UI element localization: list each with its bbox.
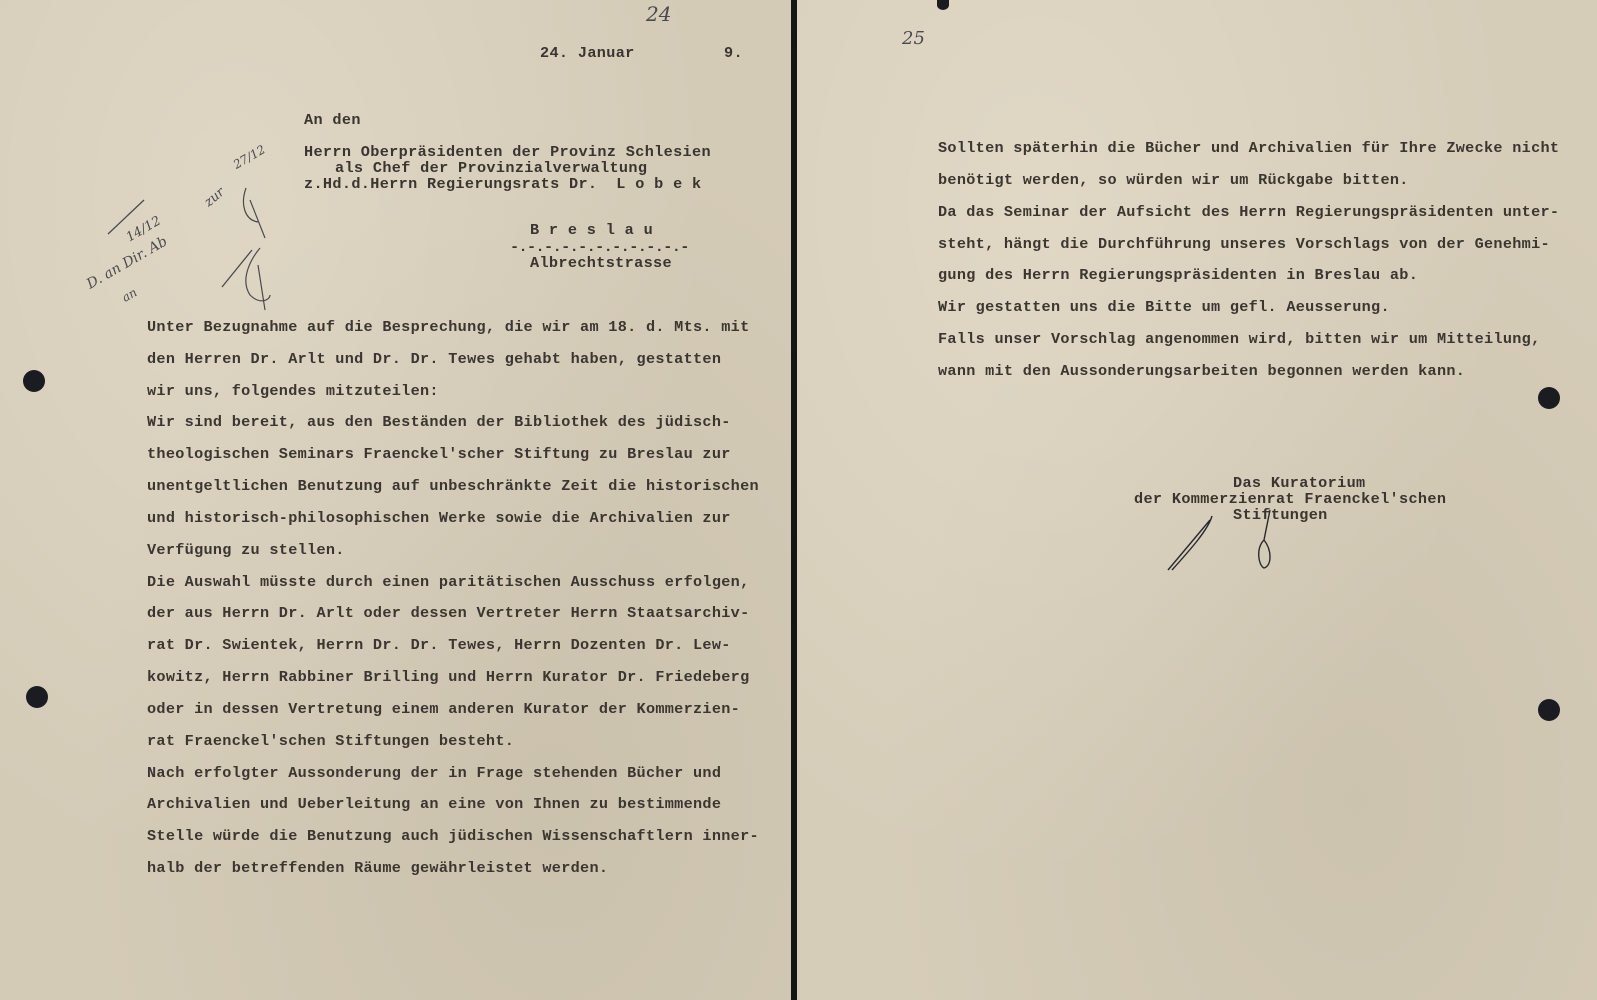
date-day-month: 24. Januar [540, 44, 635, 62]
punch-hole-icon [26, 686, 48, 708]
body-line: der aus Herrn Dr. Arlt oder dessen Vertr… [147, 604, 750, 622]
body-line: Die Auswahl müsste durch einen paritätis… [147, 573, 750, 591]
body-line: wir uns, folgendes mitzuteilen: [147, 382, 439, 400]
body-line: halb der betreffenden Räume gewährleiste… [147, 859, 608, 877]
punch-hole-icon [1538, 699, 1560, 721]
punch-hole-icon [1538, 387, 1560, 409]
body-line: Archivalien und Ueberleitung an eine von… [147, 795, 721, 813]
body-line: benötigt werden, so würden wir um Rückga… [938, 171, 1409, 189]
body-line: steht, hängt die Durchführung unseres Vo… [938, 235, 1550, 253]
folio-number: 25 [902, 28, 925, 49]
body-line: unentgeltlichen Benutzung auf unbeschrän… [147, 477, 759, 495]
handwritten-signature-icon [1160, 510, 1280, 580]
body-line: und historisch-philosophischen Werke sow… [147, 509, 731, 527]
body-line: Sollten späterhin die Bücher und Archiva… [938, 139, 1559, 157]
body-line: Nach erfolgter Aussonderung der in Frage… [147, 764, 721, 782]
body-line: Wir sind bereit, aus den Beständen der B… [147, 413, 731, 431]
body-line: Unter Bezugnahme auf die Besprechung, di… [147, 318, 750, 336]
margin-note-date: 27/12 [231, 142, 268, 171]
address-city: B r e s l a u [530, 221, 653, 239]
body-line: Da das Seminar der Aufsicht des Herrn Re… [938, 203, 1559, 221]
body-line: kowitz, Herrn Rabbiner Brilling und Herr… [147, 668, 750, 686]
body-line: Falls unser Vorschlag angenommen wird, b… [938, 330, 1541, 348]
body-line: oder in dessen Vertretung einem anderen … [147, 700, 740, 718]
body-line: theologischen Seminars Fraenckel'scher S… [147, 445, 731, 463]
punch-hole-icon [23, 370, 45, 392]
body-line: gung des Herrn Regierungspräsidenten in … [938, 266, 1418, 284]
body-line: wann mit den Aussonderungsarbeiten begon… [938, 362, 1465, 380]
folio-number: 24 [646, 2, 671, 26]
address-salutation: An den [304, 111, 361, 129]
left-page: 24 24. Januar 9. An den Herrn Oberpräsid… [0, 0, 791, 1000]
pencil-strike-icon [100, 200, 300, 320]
body-line: den Herren Dr. Arlt und Dr. Dr. Tewes ge… [147, 350, 721, 368]
address-street: Albrechtstrasse [530, 254, 672, 272]
body-line: rat Dr. Swientek, Herrn Dr. Dr. Tewes, H… [147, 636, 731, 654]
body-line: Stelle würde die Benutzung auch jüdische… [147, 827, 759, 845]
body-line: Wir gestatten uns die Bitte um gefl. Aeu… [938, 298, 1390, 316]
ink-blot-icon [937, 0, 949, 10]
body-line: rat Fraenckel'schen Stiftungen besteht. [147, 732, 514, 750]
body-line: Verfügung zu stellen. [147, 541, 345, 559]
address-line-3: z.Hd.d.Herrn Regierungsrats Dr. L o b e … [304, 175, 702, 193]
date-year: 9. [724, 44, 743, 62]
